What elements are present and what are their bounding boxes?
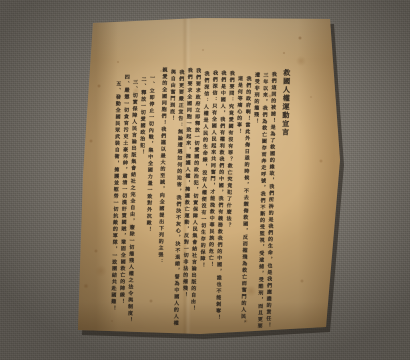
paper-sheet: 救國人權運動宣言 我們這回的被捕！是為了救國的緣故，我們所拚的是我們的生命，也是… xyxy=(0,0,410,360)
document-text: 救國人權運動宣言 我們這回的被捕！是為了救國的緣故，我們所拚的是我們的生命，也是… xyxy=(108,62,292,334)
document-title: 救國人權運動宣言 xyxy=(275,66,292,334)
photo-of-document: 救國人權運動宣言 我們這回的被捕！是為了救國的緣故，我們所拚的是我們的生命，也是… xyxy=(0,0,410,360)
